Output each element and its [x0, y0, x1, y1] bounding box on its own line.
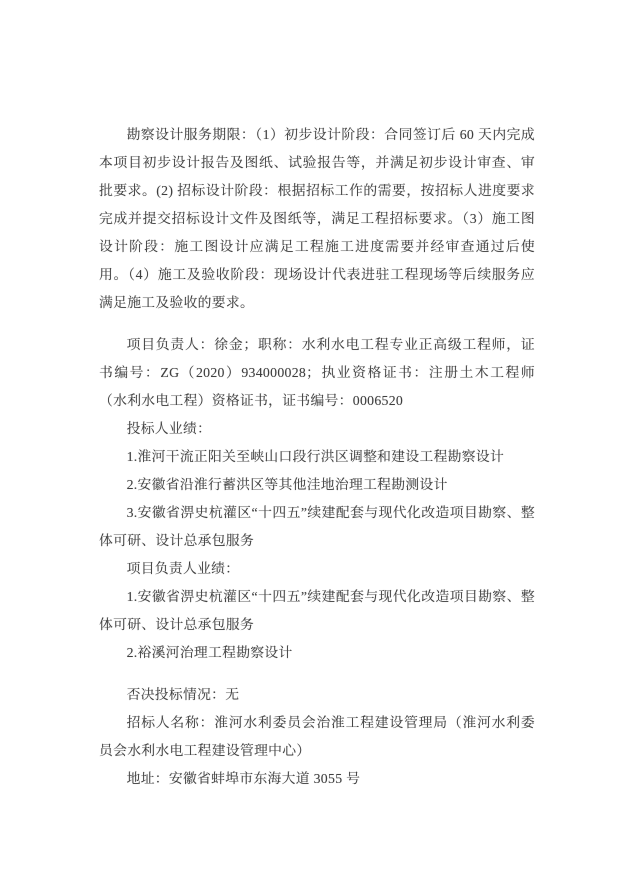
paragraph-bidder-achievement-2: 2.安徽省沿淮行蓄洪区等其他洼地治理工程勘测设计 [99, 471, 535, 499]
document-page: 勘察设计服务期限：（1）初步设计阶段：合同签订后 60 天内完成本项目初步设计报… [0, 0, 631, 895]
paragraph-leader-achievement-1: 1.安徽省淠史杭灌区“十四五”续建配套与现代化改造项目勘察、整体可研、设计总承包… [99, 583, 535, 639]
paragraph-rejected-bids: 否决投标情况：无 [99, 681, 535, 709]
paragraph-bidder-achievement-3: 3.安徽省淠史杭灌区“十四五”续建配套与现代化改造项目勘察、整体可研、设计总承包… [99, 499, 535, 555]
paragraph-service-period: 勘察设计服务期限：（1）初步设计阶段：合同签订后 60 天内完成本项目初步设计报… [99, 121, 535, 317]
paragraph-project-leader: 项目负责人：徐金；职称：水利水电工程专业正高级工程师，证书编号：ZG（2020）… [99, 331, 535, 415]
paragraph-tenderer-name: 招标人名称：淮河水利委员会治淮工程建设管理局（淮河水利委员会水利水电工程建设管理… [99, 709, 535, 765]
paragraph-leader-achievements-heading: 项目负责人业绩： [99, 555, 535, 583]
document-body: 勘察设计服务期限：（1）初步设计阶段：合同签订后 60 天内完成本项目初步设计报… [99, 121, 535, 793]
paragraph-leader-achievement-2: 2.裕溪河治理工程勘察设计 [99, 639, 535, 667]
paragraph-address: 地址：安徽省蚌埠市东海大道 3055 号 [99, 765, 535, 793]
paragraph-bidder-achievement-1: 1.淮河干流正阳关至峡山口段行洪区调整和建设工程勘察设计 [99, 443, 535, 471]
paragraph-bidder-achievements-heading: 投标人业绩： [99, 415, 535, 443]
